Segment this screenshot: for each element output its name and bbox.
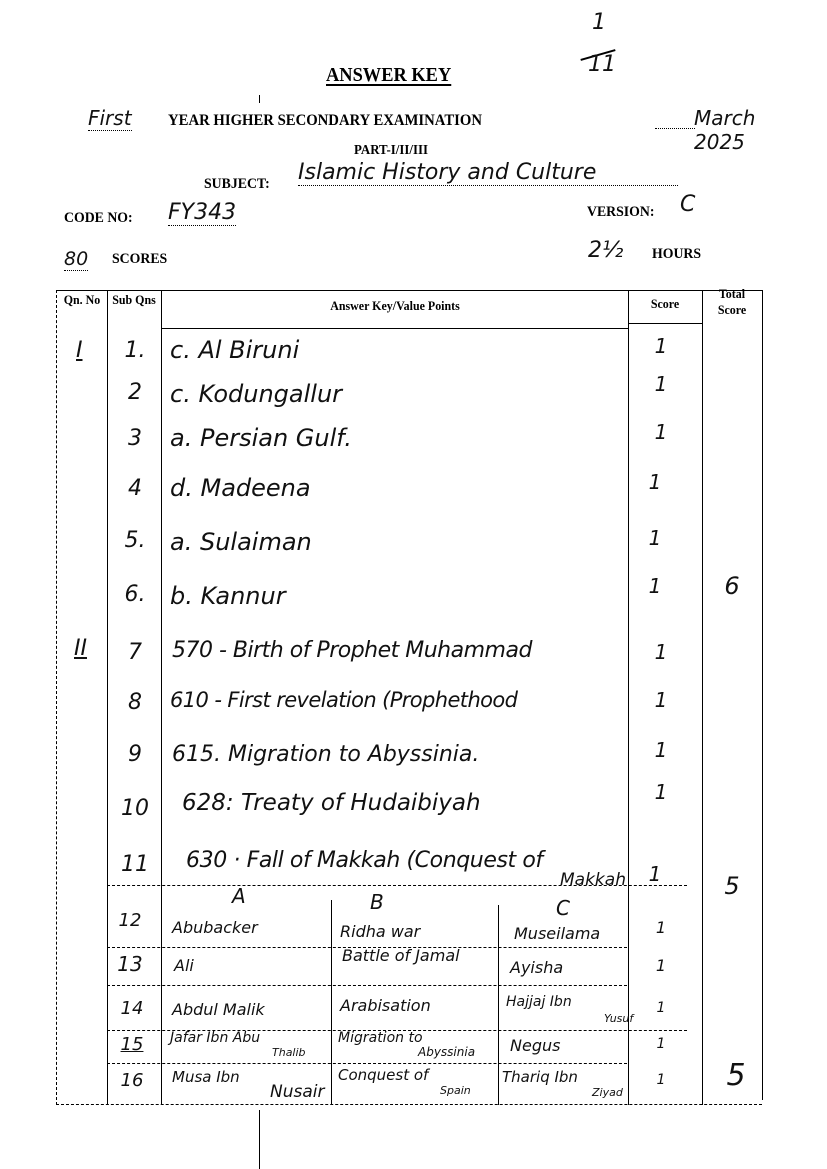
- match-divider: [498, 905, 499, 1105]
- score: 1: [640, 526, 670, 550]
- hours-field: 2½: [588, 238, 623, 263]
- score: 1: [640, 862, 670, 886]
- score: 1: [646, 688, 676, 712]
- match-b: Battle of Jamal: [342, 946, 460, 965]
- answer-text: 615. Migration to Abyssinia.: [172, 742, 479, 767]
- table-border-bottom: [56, 1104, 762, 1105]
- answer-text: c. Al Biruni: [170, 336, 299, 364]
- match-a: Jafar Ibn Abu: [170, 1030, 260, 1046]
- match-a-continued: Thalib: [272, 1046, 306, 1059]
- sub-qn: 9: [115, 742, 155, 767]
- page-number: 1 11: [578, 2, 614, 82]
- section-qno: I: [76, 338, 83, 363]
- answer-text: 628: Treaty of Hudaibiyah: [182, 790, 481, 816]
- match-a: Abdul Malik: [172, 1000, 265, 1019]
- answer-text: a. Persian Gulf.: [170, 424, 352, 452]
- match-b: Conquest of: [338, 1066, 428, 1084]
- column-divider: [107, 290, 108, 1105]
- document-title: ANSWER KEY: [326, 64, 451, 87]
- header-qno: Qn. No: [62, 292, 102, 308]
- score: 1: [646, 1036, 676, 1052]
- sub-qn: 15: [112, 1034, 152, 1055]
- table-border-right: [762, 290, 763, 1100]
- answer-text: c. Kodungallur: [170, 380, 342, 408]
- section-total: 6: [712, 572, 752, 600]
- match-divider: [331, 900, 332, 1105]
- hours-label: HOURS: [652, 246, 701, 263]
- header-subqns: Sub Qns: [112, 292, 156, 308]
- score: 1: [646, 334, 676, 358]
- sub-qn: 1.: [115, 338, 155, 363]
- header-divider: [161, 328, 628, 329]
- match-b: Ridha war: [340, 922, 420, 941]
- table-border-top: [56, 290, 762, 291]
- score: 1: [646, 420, 676, 444]
- subject-field: Islamic History and Culture: [298, 160, 678, 186]
- sub-qn: 14: [112, 998, 152, 1019]
- column-divider: [702, 290, 703, 1105]
- column-divider: [161, 290, 162, 890]
- answer-text: 570 - Birth of Prophet Muhammad: [172, 638, 532, 663]
- column-divider: [628, 290, 629, 1105]
- section-qno: II: [74, 636, 87, 661]
- score: 1: [646, 1072, 676, 1088]
- answer-text: b. Kannur: [170, 582, 286, 610]
- dotted-line: [655, 128, 695, 129]
- scores-label: SCORES: [112, 251, 167, 268]
- header-score: Score: [633, 296, 697, 312]
- match-c: Hajjaj Ibn: [506, 994, 572, 1010]
- year-field: First: [88, 106, 132, 131]
- match-c: Museilama: [514, 924, 600, 943]
- match-divider: [161, 890, 162, 1105]
- header-answer: Answer Key/Value Points: [216, 298, 575, 314]
- row-line: [107, 985, 627, 986]
- sub-qn: 11: [115, 852, 155, 877]
- match-b-continued: Abyssinia: [418, 1045, 475, 1059]
- section-total: 5: [712, 872, 752, 900]
- match-c: Ayisha: [510, 958, 563, 977]
- score: 1: [646, 780, 676, 804]
- score: 1: [646, 1000, 676, 1016]
- version-label: VERSION:: [587, 204, 654, 221]
- answer-text: 610 - First revelation (Prophethood: [170, 688, 517, 712]
- sub-qn: 2: [115, 380, 155, 405]
- subject-label: SUBJECT:: [204, 176, 270, 193]
- header-divider: [628, 323, 702, 324]
- match-header-b: B: [370, 890, 384, 914]
- exam-title: YEAR HIGHER SECONDARY EXAMINATION: [168, 112, 482, 130]
- scores-field: 80: [64, 248, 88, 271]
- score: 1: [646, 372, 676, 396]
- stray-line: [259, 1110, 260, 1169]
- sub-qn: 4: [115, 476, 155, 501]
- sub-qn: 7: [115, 640, 155, 665]
- match-a: Ali: [174, 956, 194, 975]
- match-b: Arabisation: [340, 996, 431, 1015]
- score: 1: [646, 956, 676, 975]
- score: 1: [646, 640, 676, 664]
- code-label: CODE NO:: [64, 210, 133, 227]
- score: 1: [640, 574, 670, 598]
- sub-qn: 5.: [115, 528, 155, 553]
- match-c: Thariq Ibn: [502, 1068, 578, 1086]
- answer-text: 630 · Fall of Makkah (Conquest of: [186, 848, 543, 873]
- answer-text: d. Madeena: [170, 474, 311, 502]
- exam-month-field: March 2025: [694, 106, 755, 154]
- page-current: 1: [592, 10, 606, 35]
- sub-qn: 6.: [115, 582, 155, 607]
- match-header-a: A: [232, 884, 246, 908]
- sub-qn: 16: [112, 1070, 152, 1091]
- table-border-left: [56, 290, 57, 1105]
- sub-qn: 3: [115, 426, 155, 451]
- score: 1: [646, 738, 676, 762]
- section-total: 5: [716, 1058, 756, 1093]
- match-a: Musa Ibn: [172, 1068, 240, 1086]
- code-field: FY343: [168, 200, 236, 226]
- match-c: Negus: [510, 1036, 560, 1055]
- sub-qn: 10: [115, 796, 155, 821]
- sub-qn: 12: [110, 910, 150, 931]
- exam-line: First YEAR HIGHER SECONDARY EXAMINATION …: [88, 106, 748, 136]
- row-line: [107, 1063, 627, 1064]
- header-total: Total Score: [706, 286, 758, 318]
- match-c-continued: Yusuf: [604, 1012, 633, 1025]
- score: 1: [640, 470, 670, 494]
- answer-text: a. Sulaiman: [170, 528, 312, 556]
- match-a-continued: Nusair: [270, 1082, 324, 1102]
- sub-qn: 13: [110, 952, 150, 976]
- version-field: C: [680, 192, 695, 217]
- page-total: 11: [588, 52, 616, 77]
- stray-mark: [259, 95, 260, 103]
- match-b-continued: Spain: [440, 1084, 471, 1097]
- sub-qn: 8: [115, 690, 155, 715]
- match-a: Abubacker: [172, 918, 258, 937]
- match-c-continued: Ziyad: [592, 1086, 623, 1099]
- answer-text-continued: Makkah: [560, 870, 626, 890]
- match-header-c: C: [556, 896, 570, 920]
- part-label: PART-I/II/III: [354, 143, 428, 159]
- score: 1: [646, 918, 676, 937]
- match-b: Migration to: [338, 1030, 423, 1046]
